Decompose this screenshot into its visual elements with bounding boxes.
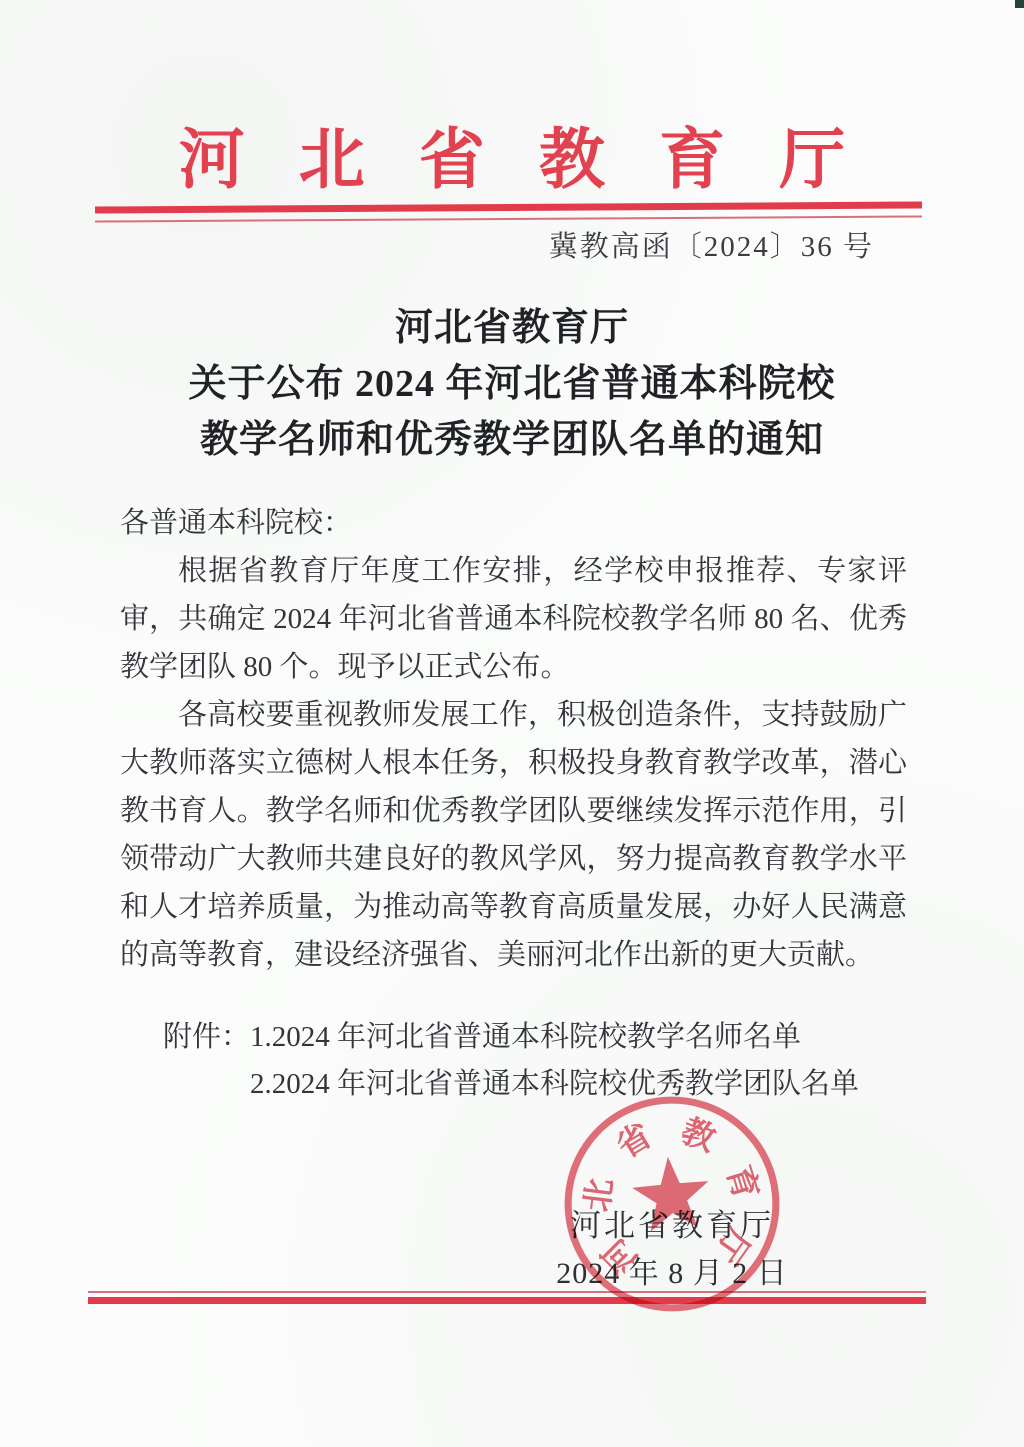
seal-char-2: 北 — [579, 1176, 620, 1214]
seal-star-icon — [630, 1153, 713, 1232]
seal-char-6: 厅 — [707, 1222, 756, 1270]
title-line-2: 关于公布 2024 年河北省普通本科院校 — [0, 356, 1024, 412]
title-line-1: 河北省教育厅 — [0, 300, 1024, 356]
body-paragraph-1: 根据省教育厅年度工作安排，经学校申报推荐、专家评审，共确定 2024 年河北省普… — [120, 547, 907, 691]
seal-char-3: 省 — [611, 1117, 659, 1166]
seal-char-4: 教 — [676, 1113, 721, 1160]
document-page: 河北省教育厅 冀教高函〔2024〕36 号 河北省教育厅 关于公布 2024 年… — [0, 0, 1024, 1447]
body-paragraph-2: 各高校要重视教师发展工作，积极创造条件，支持鼓励广大教师落实立德树人根本任务，积… — [120, 691, 907, 979]
header-rule-thin — [95, 215, 922, 222]
document-body: 各普通本科院校： 根据省教育厅年度工作安排，经学校申报推荐、专家评审，共确定 2… — [120, 499, 907, 979]
document-title: 河北省教育厅 关于公布 2024 年河北省普通本科院校 教学名师和优秀教学团队名… — [0, 300, 1024, 468]
seal-char-5: 育 — [719, 1161, 765, 1204]
scan-artifact — [1015, 0, 1024, 8]
attachment-item-1: 1.2024 年河北省普通本科院校教学名师名单 — [250, 1014, 859, 1061]
header-rule-thick — [95, 201, 922, 213]
document-number: 冀教高函〔2024〕36 号 — [549, 224, 874, 265]
title-line-3: 教学名师和优秀教学团队名单的通知 — [0, 412, 1024, 468]
attachments-label: 附件： — [163, 1014, 250, 1061]
seal-char-1: 河 — [596, 1231, 646, 1281]
letterhead-org-name: 河北省教育厅 — [0, 106, 1024, 201]
salutation: 各普通本科院校： — [120, 499, 907, 547]
official-seal: 河 北 省 教 育 厅 — [541, 1073, 803, 1335]
